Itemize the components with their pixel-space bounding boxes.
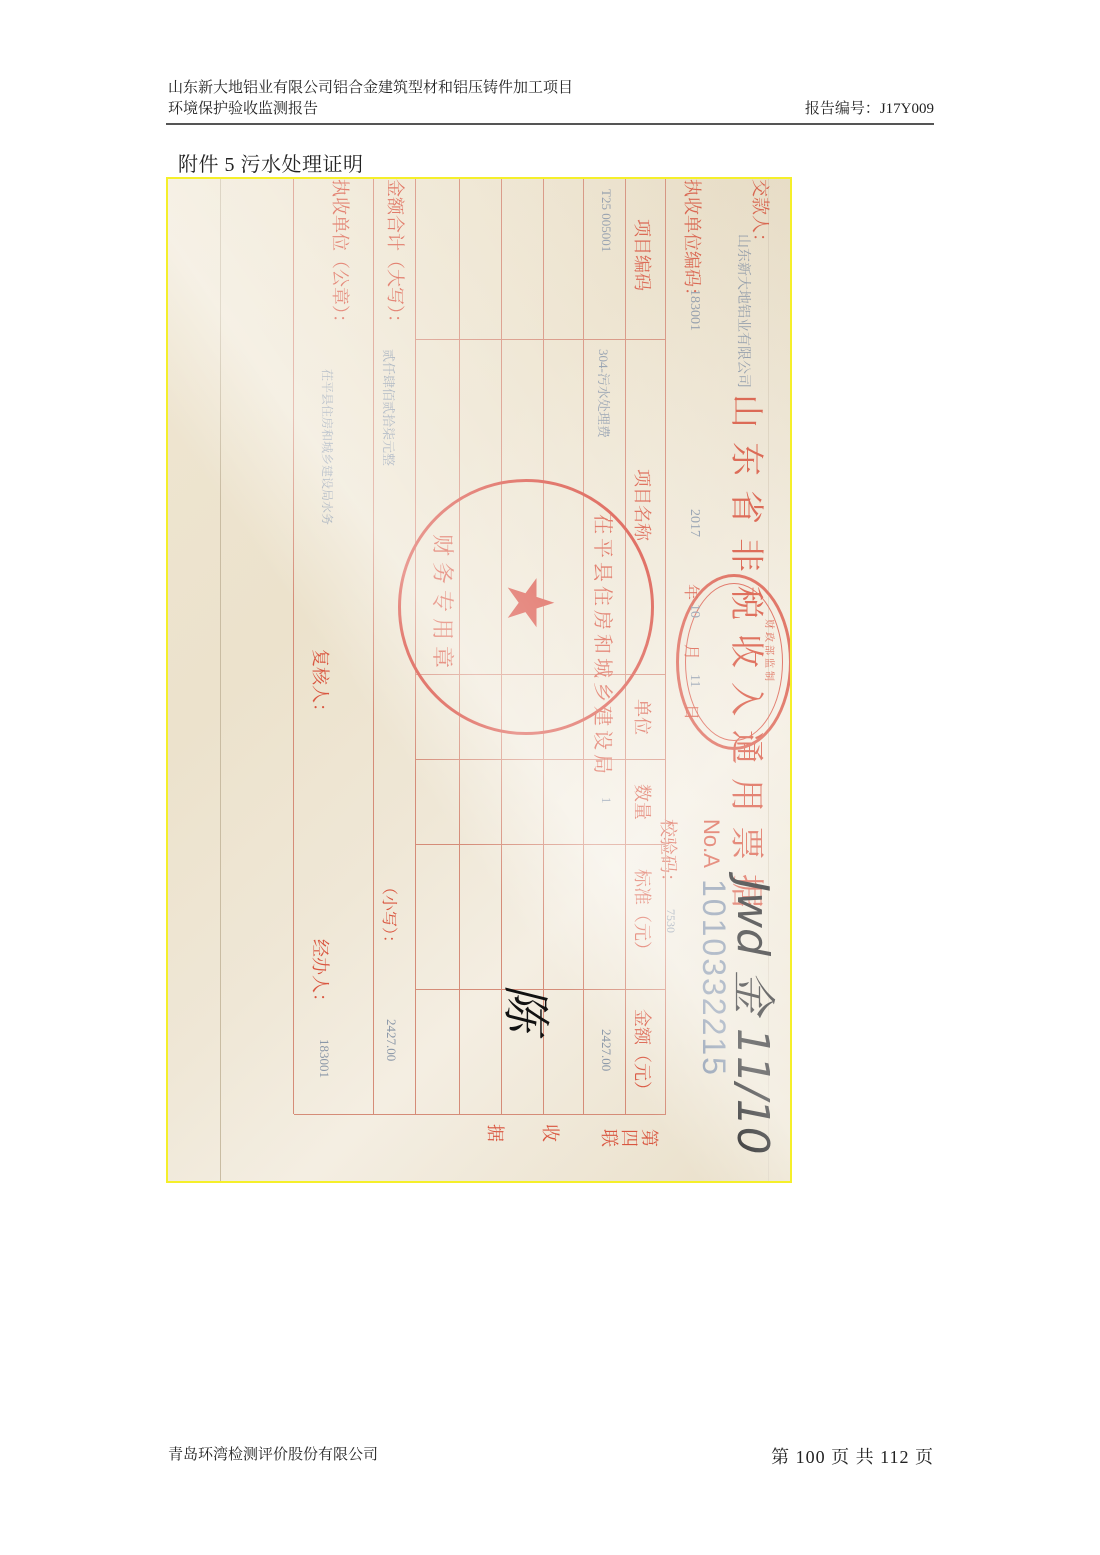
date-day: 11 <box>686 674 702 687</box>
oval-stamp-text: 财政部监制 <box>763 619 778 684</box>
footer-company: 青岛环湾检测评价股份有限公司 <box>168 1443 378 1469</box>
receipt-photo: 山东省非税收入通用票据 财政部监制 No.A 1010332215 交款人： 山… <box>166 177 792 1183</box>
col-unit: 单位 <box>630 699 656 735</box>
col-code: 项目编码 <box>630 219 656 291</box>
unit-code-label: 执收单位编码： <box>680 179 706 305</box>
handwritten-mark: 陈 <box>495 984 564 1032</box>
col-amount: 金额（元） <box>630 1009 656 1099</box>
row-name: 304-污水处理费 <box>595 349 614 438</box>
total-upper-label: 金额合计（大写）： <box>383 179 409 332</box>
project-title: 山东新大地铝业有限公司铝合金建筑型材和铝压铸件加工项目 <box>168 78 934 99</box>
col-standard: 标准（元） <box>630 869 656 959</box>
collector-value: 茌平县住房和城乡建设局水务 <box>319 369 336 525</box>
handwritten-signature: Jwd 金 11/10 <box>725 879 789 1155</box>
payer-value: 山东新大地铝业有限公司 <box>734 234 754 388</box>
grid-line <box>416 759 666 760</box>
grid-line <box>416 844 666 845</box>
grid-line <box>665 179 666 1114</box>
report-number: 报告编号：J17Y009 <box>805 99 934 120</box>
copy-label-3: 据 <box>483 1124 509 1142</box>
grid-line <box>416 339 666 340</box>
round-stamp-bottom: 财务专用章 <box>428 534 459 674</box>
reviewer-label: 复核人： <box>308 649 334 721</box>
row-amount: 2427.00 <box>598 1029 614 1071</box>
receipt-no-label: No.A <box>698 819 724 868</box>
unit-code-value: 183001 <box>686 289 702 331</box>
star-icon: ★ <box>492 574 566 631</box>
round-stamp-text: 茌平县住房和城乡建设局 <box>590 514 619 778</box>
grid-line <box>294 1114 666 1115</box>
total-upper-value: 贰仟肆佰贰拾柒元整 <box>380 349 399 466</box>
col-name: 项目名称 <box>630 469 656 541</box>
check-code-label: 校验码： <box>656 819 682 891</box>
date-month-label: 月 <box>681 644 704 660</box>
attachment-title: 附件 5 污水处理证明 <box>178 148 364 177</box>
date-year-label: 年 <box>681 584 704 600</box>
receipt-rotated: 山东省非税收入通用票据 财政部监制 No.A 1010332215 交款人： 山… <box>170 179 792 1183</box>
page-number: 第 100 页 共 112 页 <box>771 1443 934 1469</box>
row-qty: 1 <box>598 797 614 804</box>
copy-label-1: 第四联 <box>599 1124 659 1150</box>
date-month: 10 <box>686 604 702 618</box>
copy-label-2: 收 <box>538 1124 564 1142</box>
date-day-label: 日 <box>681 704 704 720</box>
page-header: 山东新大地铝业有限公司铝合金建筑型材和铝压铸件加工项目 环境保护验收监测报告 报… <box>168 78 934 120</box>
col-qty: 数量 <box>630 784 656 820</box>
row-code: T25 005001 <box>598 189 614 252</box>
collector-label: 执收单位（公章）： <box>328 179 354 332</box>
report-title: 环境保护验收监测报告 <box>168 99 318 120</box>
grid-line <box>293 179 294 1114</box>
handler-value: 183001 <box>316 1039 332 1078</box>
date-year: 2017 <box>686 509 702 537</box>
handler-label: 经办人： <box>308 939 334 1011</box>
total-lower-value: 2427.00 <box>383 1019 399 1061</box>
page-footer: 青岛环湾检测评价股份有限公司 第 100 页 共 112 页 <box>168 1443 934 1469</box>
header-divider <box>166 123 934 125</box>
total-lower-label: （小写）： <box>379 879 402 951</box>
grid-line <box>373 179 374 1114</box>
